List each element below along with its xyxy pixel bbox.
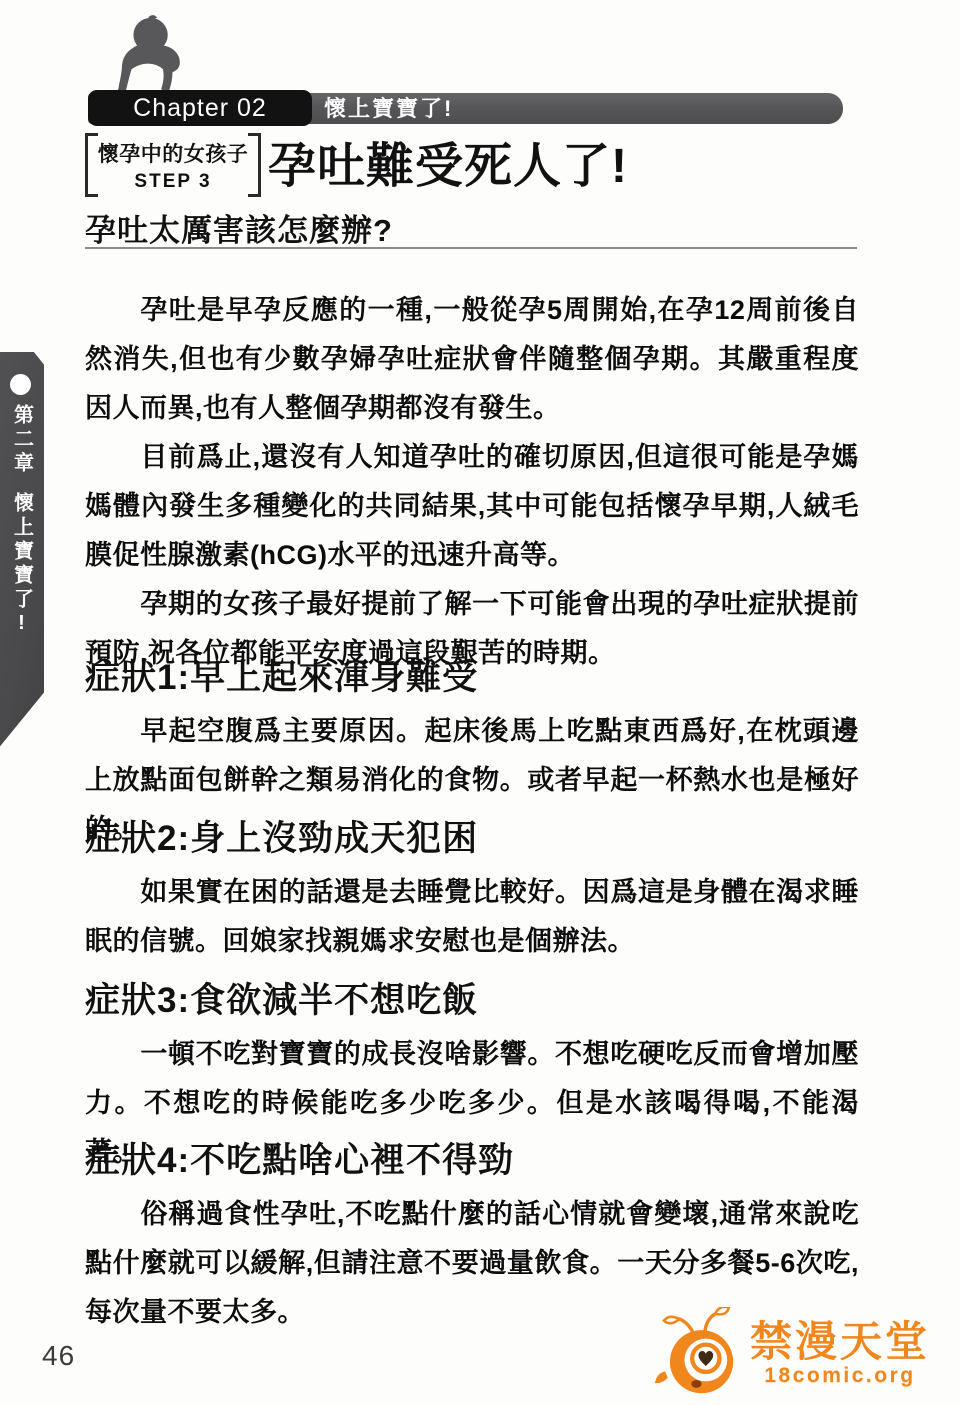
step-box-step-number: STEP 3: [134, 171, 211, 193]
side-tab-text: 第二章懷上寶寶了!: [8, 404, 37, 638]
intro-paragraph: 目前爲止,還沒有人知道孕吐的確切原因,但這很可能是孕媽媽體內發生多種變化的共同結…: [85, 433, 859, 580]
watermark-site-name: 禁漫天堂: [750, 1320, 930, 1364]
chapter-label: Chapter 02: [133, 94, 267, 122]
page-number: 46: [42, 1340, 75, 1372]
side-tab-chapter: 第二章: [11, 404, 33, 476]
watermark-site-url: 18comic.org: [764, 1364, 915, 1388]
chapter-side-tab: 第二章懷上寶寶了!: [0, 352, 44, 748]
orange-whale-mascot-icon: [652, 1307, 746, 1401]
step-box: 懷孕中的女孩子 STEP 3: [85, 133, 261, 197]
chapter-title: 懷上寶寶了!: [324, 93, 453, 124]
section-heading: 症狀4:不吃點啥心裡不得勁: [85, 1133, 859, 1183]
book-page: 懷上寶寶了! Chapter 02 懷孕中的女孩子 STEP 3 孕吐難受死人了…: [0, 0, 960, 1405]
intro-block: 孕吐是早孕反應的一種,一般從孕5周開始,在孕12周前後自然消失,但也有少數孕婦孕…: [85, 286, 859, 678]
side-tab-title: 懷上寶寶了!: [11, 492, 33, 638]
watermark-logo: 禁漫天堂 18comic.org: [652, 1307, 930, 1401]
subtitle-divider: [85, 247, 857, 249]
symptom-section-2: 症狀2:身上沒勁成天犯困 如果實在困的話還是去睡覺比較好。因爲這是身體在渴求睡眠…: [85, 811, 859, 966]
page-title: 孕吐難受死人了!: [268, 127, 628, 196]
watermark-text: 禁漫天堂 18comic.org: [750, 1320, 930, 1387]
chapter-label-box: Chapter 02: [88, 90, 312, 126]
section-heading: 症狀1:早上起來渾身難受: [85, 650, 859, 700]
baby-crawling-icon: [92, 14, 192, 96]
bracket-left-decoration: [85, 133, 98, 197]
section-heading: 症狀2:身上沒勁成天犯困: [85, 811, 859, 861]
side-tab-dot-icon: [10, 374, 31, 395]
section-body: 如果實在困的話還是去睡覺比較好。因爲這是身體在渴求睡眠的信號。回娘家找親媽求安慰…: [85, 868, 859, 966]
page-subtitle: 孕吐太厲害該怎麼辦?: [85, 205, 393, 250]
section-heading: 症狀3:食欲減半不想吃飯: [85, 973, 859, 1023]
step-box-label: 懷孕中的女孩子: [98, 138, 249, 168]
intro-paragraph: 孕吐是早孕反應的一種,一般從孕5周開始,在孕12周前後自然消失,但也有少數孕婦孕…: [85, 286, 859, 433]
bracket-right-decoration: [248, 133, 261, 197]
